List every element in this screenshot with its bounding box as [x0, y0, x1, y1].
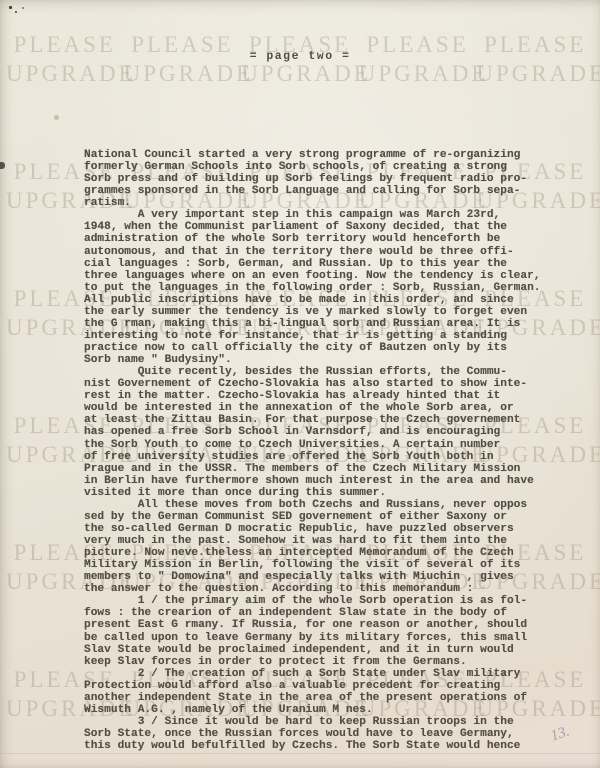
watermark-text: UPGRADE	[241, 59, 359, 88]
ink-speck	[9, 6, 12, 9]
scan-edge-mark	[0, 162, 5, 169]
watermark-text: UPGRADE	[6, 59, 124, 88]
watermark-text: UPGRADE	[476, 59, 594, 88]
ink-speck	[22, 7, 24, 9]
paper-stain	[54, 115, 59, 120]
scanned-document-page: PLEASEUPGRADEPLEASEUPGRADEPLEASEUPGRADEP…	[0, 0, 600, 768]
watermark-text: UPGRADE	[124, 59, 242, 88]
watermark-text: UPGRADE	[359, 59, 477, 88]
ink-speck	[15, 11, 17, 13]
page-title: = page two =	[0, 50, 600, 63]
typewritten-text: National Council started a very strong p…	[84, 149, 541, 752]
